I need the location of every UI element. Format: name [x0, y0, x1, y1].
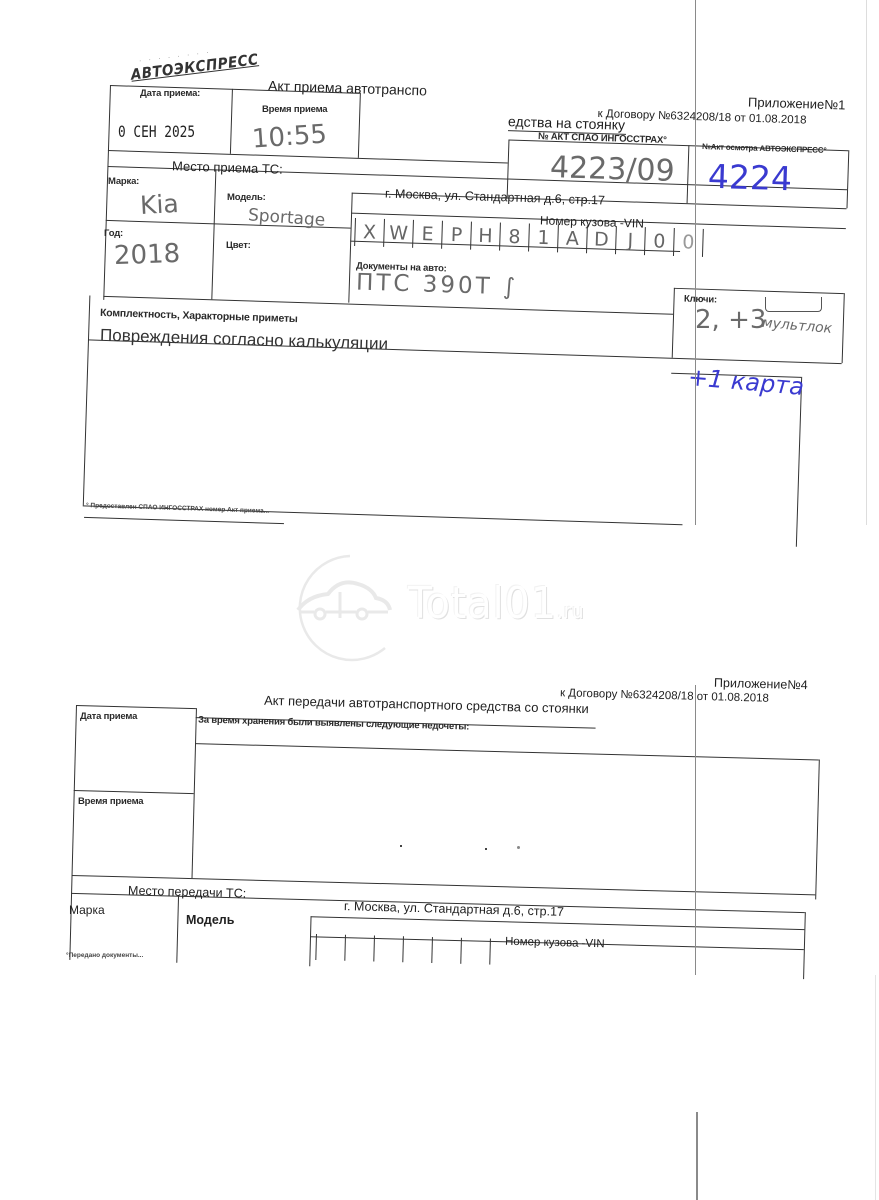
vin-cell — [315, 934, 345, 961]
crease-line — [875, 975, 876, 1200]
vin-cell — [344, 935, 374, 962]
act4-date-label: Дата приема — [80, 711, 137, 722]
crease-line — [696, 1112, 698, 1200]
act4-vin-label: Номер кузова -VIN — [505, 936, 605, 951]
vin-cell — [402, 936, 432, 963]
act4-make-label: Марка — [69, 903, 105, 917]
vin-cell — [373, 936, 403, 963]
act4-time-label: Время приема — [78, 796, 143, 807]
act4-footnote: °Передано документы... — [66, 952, 143, 959]
crease-line — [695, 685, 696, 975]
vin-cell — [489, 939, 519, 966]
act4-model-label: Модель — [186, 913, 234, 927]
vin-cell — [460, 938, 490, 965]
vin-cell — [431, 937, 461, 964]
act4-vin-cells — [315, 934, 519, 965]
